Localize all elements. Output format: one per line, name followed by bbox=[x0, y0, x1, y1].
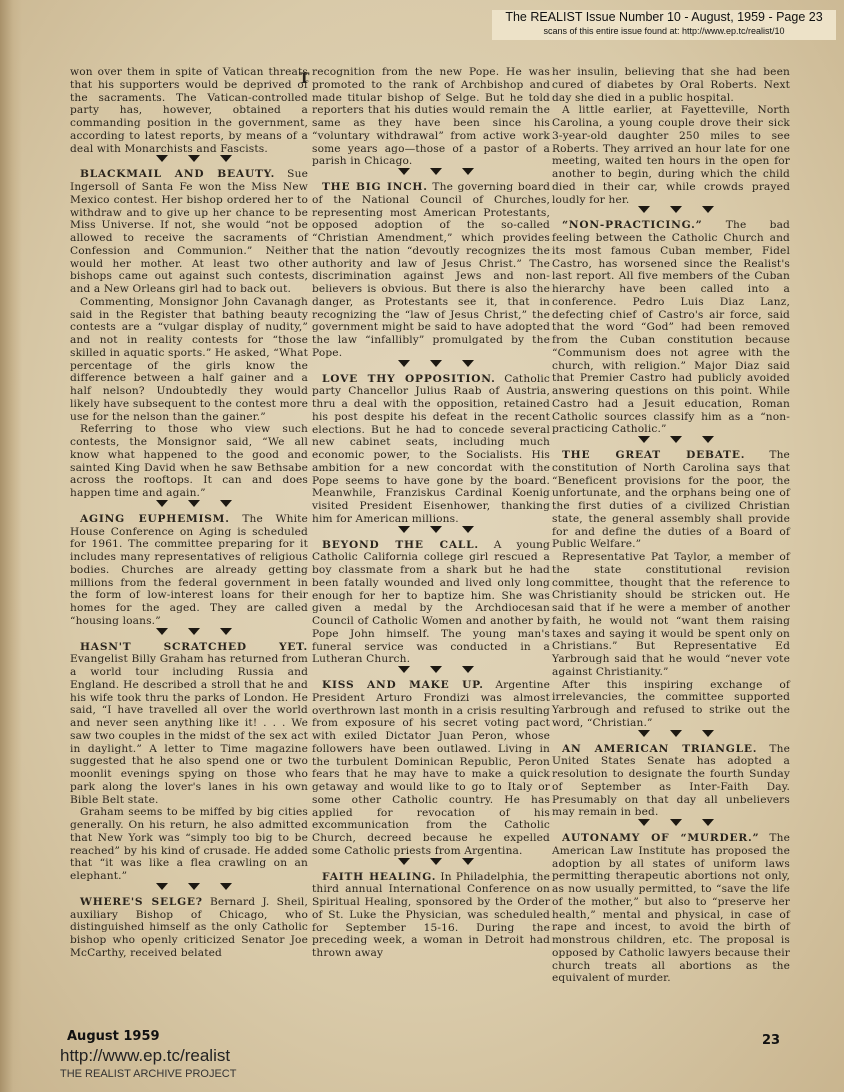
triangle-ornament-icon bbox=[156, 500, 168, 507]
footer-archive-link[interactable]: http://www.ep.tc/realist bbox=[60, 1046, 230, 1066]
paragraph: Referring to those who view such contest… bbox=[70, 423, 308, 500]
news-item-body: Graham seems to be miffed by big cities … bbox=[70, 806, 308, 882]
news-item-heading: HASN'T SCRATCHED YET. bbox=[80, 641, 308, 653]
news-item: BEYOND THE CALL. A young Catholic Califo… bbox=[312, 539, 550, 667]
paragraph: A little earlier, at Fayetteville, North… bbox=[552, 104, 790, 206]
triangle-ornament-icon bbox=[398, 526, 410, 533]
triangle-ornament-icon bbox=[188, 883, 200, 890]
triangle-ornament-icon bbox=[670, 730, 682, 737]
news-item-body: The American Law Institute has proposed … bbox=[552, 832, 790, 984]
triangle-ornament-icon bbox=[398, 168, 410, 175]
triangle-ornament-icon bbox=[156, 155, 168, 162]
triangle-ornament-icon bbox=[398, 360, 410, 367]
triangle-ornament-icon bbox=[638, 436, 650, 443]
news-item-body: The constitution of North Carolina says … bbox=[552, 449, 790, 550]
triangle-ornament-icon bbox=[430, 360, 442, 367]
column-3: her insulin, believing that she had been… bbox=[552, 66, 790, 985]
news-item: AGING EUPHEMISM. The White House Confere… bbox=[70, 513, 308, 628]
section-separator bbox=[70, 500, 308, 513]
news-item: AN AMERICAN TRIANGLE. The United States … bbox=[552, 743, 790, 820]
news-item: LOVE THY OPPOSITION. Catholic party Chan… bbox=[312, 373, 550, 526]
triangle-ornament-icon bbox=[638, 819, 650, 826]
triangle-ornament-icon bbox=[462, 858, 474, 865]
triangle-ornament-icon bbox=[702, 206, 714, 213]
news-item-body: Representative Pat Taylor, a member of t… bbox=[552, 551, 790, 678]
section-separator bbox=[70, 883, 308, 896]
section-separator bbox=[552, 819, 790, 832]
section-separator bbox=[70, 628, 308, 641]
news-item-heading: AUTONAMY OF “MURDER.” bbox=[562, 832, 759, 844]
news-item-body: Referring to those who view such contest… bbox=[70, 423, 308, 499]
news-item-body: Sue Ingersoll of Santa Fe won the Miss N… bbox=[70, 168, 308, 295]
news-item: HASN'T SCRATCHED YET. Evangelist Billy G… bbox=[70, 641, 308, 807]
news-item: KISS AND MAKE UP. Argentine President Ar… bbox=[312, 679, 550, 858]
footer-issue-date: August 1959 bbox=[67, 1029, 160, 1044]
triangle-ornament-icon bbox=[430, 526, 442, 533]
news-item-body: The White House Conference on Aging is s… bbox=[70, 513, 308, 627]
news-item-heading: BLACKMAIL AND BEAUTY. bbox=[80, 168, 275, 180]
triangle-ornament-icon bbox=[670, 206, 682, 213]
news-item-body: The governing board of the National Coun… bbox=[312, 181, 550, 359]
section-separator bbox=[552, 730, 790, 743]
news-item-body: Commenting, Monsignor John Cavanagh said… bbox=[70, 296, 308, 423]
triangle-ornament-icon bbox=[462, 360, 474, 367]
news-item: THE GREAT DEBATE. The constitution of No… bbox=[552, 449, 790, 551]
triangle-ornament-icon bbox=[220, 883, 232, 890]
triangle-ornament-icon bbox=[670, 436, 682, 443]
paragraph: Representative Pat Taylor, a member of t… bbox=[552, 551, 790, 679]
triangle-ornament-icon bbox=[462, 526, 474, 533]
section-separator bbox=[312, 526, 550, 539]
triangle-ornament-icon bbox=[398, 666, 410, 673]
triangle-ornament-icon bbox=[702, 436, 714, 443]
triangle-ornament-icon bbox=[188, 500, 200, 507]
banner-subtitle: scans of this entire issue found at: htt… bbox=[492, 25, 836, 37]
triangle-ornament-icon bbox=[156, 883, 168, 890]
news-item-heading: “NON-PRACTICING.” bbox=[562, 219, 702, 231]
news-item: AUTONAMY OF “MURDER.” The American Law I… bbox=[552, 832, 790, 985]
news-item-body: Evangelist Billy Graham has returned fro… bbox=[70, 653, 308, 805]
footer-project-name: THE REALIST ARCHIVE PROJECT bbox=[60, 1068, 236, 1080]
news-item-body: recognition from the new Pope. He was pr… bbox=[312, 66, 550, 167]
paragraph: After this inspiring exchange of irrelev… bbox=[552, 679, 790, 730]
triangle-ornament-icon bbox=[638, 730, 650, 737]
triangle-ornament-icon bbox=[188, 628, 200, 635]
news-item: FAITH HEALING. In Philadelphia, the thir… bbox=[312, 871, 550, 960]
triangle-ornament-icon bbox=[638, 206, 650, 213]
news-item: “NON-PRACTICING.” The bad feeling betwee… bbox=[552, 219, 790, 436]
section-separator bbox=[312, 168, 550, 181]
news-item-heading: LOVE THY OPPOSITION. bbox=[322, 373, 496, 385]
news-item-heading: THE GREAT DEBATE. bbox=[562, 449, 745, 461]
news-item-heading: THE BIG INCH. bbox=[322, 181, 428, 193]
news-item: BLACKMAIL AND BEAUTY. Sue Ingersoll of S… bbox=[70, 168, 308, 296]
news-item-body: A young Catholic California college girl… bbox=[312, 539, 550, 666]
news-item-body: won over them in spite of Vatican threat… bbox=[70, 66, 308, 155]
news-item-body: In Philadelphia, the third annual Intern… bbox=[312, 871, 550, 960]
triangle-ornament-icon bbox=[670, 819, 682, 826]
triangle-ornament-icon bbox=[398, 858, 410, 865]
triangle-ornament-icon bbox=[702, 730, 714, 737]
news-item-body: The bad feeling between the Catholic Chu… bbox=[552, 219, 790, 435]
news-item-heading: WHERE'S SELGE? bbox=[80, 896, 203, 908]
news-item-body: Catholic party Chancellor Julius Raab of… bbox=[312, 373, 550, 525]
news-item-body: Argentine President Arturo Frondizi was … bbox=[312, 679, 550, 857]
continued-paragraph: her insulin, believing that she had been… bbox=[552, 66, 790, 104]
news-item-body: After this inspiring exchange of irrelev… bbox=[552, 679, 790, 729]
triangle-ornament-icon bbox=[220, 155, 232, 162]
column-1: won over them in spite of Vatican threat… bbox=[70, 66, 308, 960]
section-separator bbox=[312, 360, 550, 373]
news-item: THE BIG INCH. The governing board of the… bbox=[312, 181, 550, 360]
triangle-ornament-icon bbox=[188, 155, 200, 162]
triangle-ornament-icon bbox=[702, 819, 714, 826]
triangle-ornament-icon bbox=[430, 666, 442, 673]
triangle-ornament-icon bbox=[220, 500, 232, 507]
triangle-ornament-icon bbox=[156, 628, 168, 635]
section-separator bbox=[70, 155, 308, 168]
section-separator bbox=[312, 858, 550, 871]
triangle-ornament-icon bbox=[430, 168, 442, 175]
news-item-body: A little earlier, at Fayetteville, North… bbox=[552, 104, 790, 205]
triangle-ornament-icon bbox=[220, 628, 232, 635]
section-separator bbox=[312, 666, 550, 679]
news-item-body: her insulin, believing that she had been… bbox=[552, 66, 790, 104]
news-item-heading: AN AMERICAN TRIANGLE. bbox=[562, 743, 757, 755]
continued-paragraph: won over them in spite of Vatican threat… bbox=[70, 66, 308, 155]
triangle-ornament-icon bbox=[462, 168, 474, 175]
news-item-heading: BEYOND THE CALL. bbox=[322, 539, 479, 551]
news-item-heading: KISS AND MAKE UP. bbox=[322, 679, 484, 691]
section-separator bbox=[552, 206, 790, 219]
archive-banner: The REALIST Issue Number 10 - August, 19… bbox=[492, 10, 836, 40]
triangle-ornament-icon bbox=[462, 666, 474, 673]
column-2: recognition from the new Pope. He was pr… bbox=[312, 66, 550, 960]
paragraph: Graham seems to be miffed by big cities … bbox=[70, 806, 308, 883]
news-item-heading: FAITH HEALING. bbox=[322, 871, 436, 883]
continued-paragraph: recognition from the new Pope. He was pr… bbox=[312, 66, 550, 168]
paragraph: Commenting, Monsignor John Cavanagh said… bbox=[70, 296, 308, 424]
page-edge-shadow bbox=[0, 0, 22, 1092]
section-separator bbox=[552, 436, 790, 449]
page-number: 23 bbox=[762, 1033, 780, 1048]
news-item: WHERE'S SELGE? Bernard J. Sheil, auxilia… bbox=[70, 896, 308, 960]
banner-title: The REALIST Issue Number 10 - August, 19… bbox=[492, 10, 836, 25]
news-item-heading: AGING EUPHEMISM. bbox=[80, 513, 230, 525]
triangle-ornament-icon bbox=[430, 858, 442, 865]
